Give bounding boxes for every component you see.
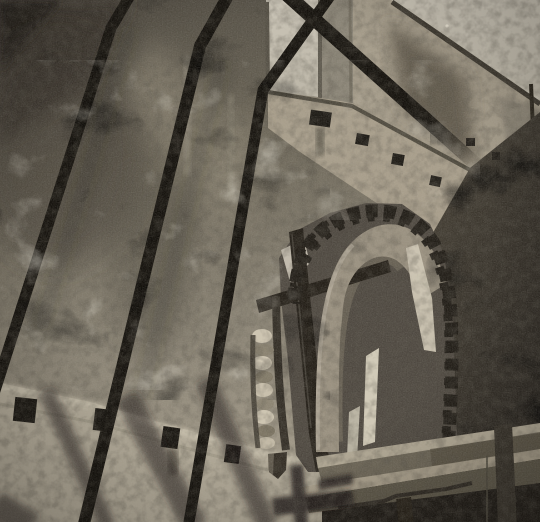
- vignette: [0, 0, 540, 522]
- photograph: [0, 0, 540, 522]
- photo-canvas: [0, 0, 540, 522]
